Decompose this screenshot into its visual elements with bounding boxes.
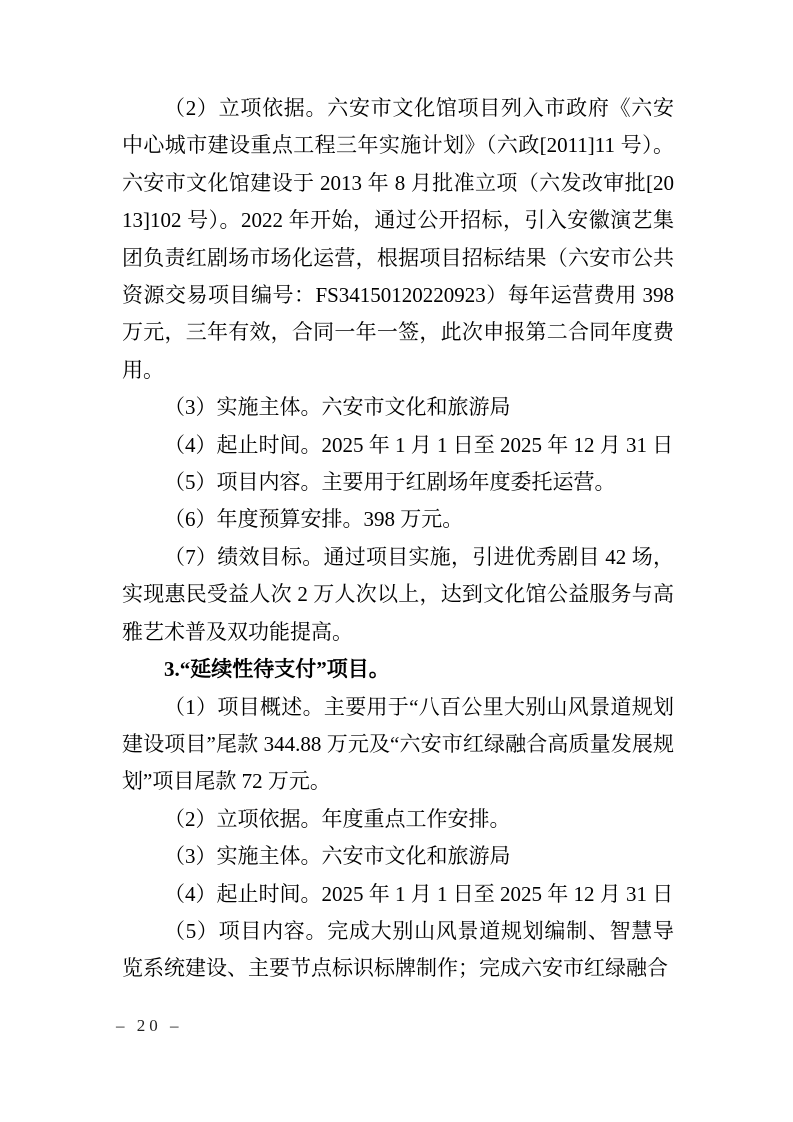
- paragraph-project2-performance-goal: （7）绩效目标。通过项目实施，引进优秀剧目 42 场，实现惠民受益人次 2 万人…: [122, 539, 674, 651]
- document-page: （2）立项依据。六安市文化馆项目列入市政府《六安中心城市建设重点工程三年实施计划…: [0, 0, 793, 1122]
- paragraph-project2-dates: （4）起止时间。2025 年 1 月 1 日至 2025 年 12 月 31 日: [122, 427, 674, 464]
- document-body: （2）立项依据。六安市文化馆项目列入市政府《六安中心城市建设重点工程三年实施计划…: [122, 90, 674, 988]
- paragraph-project2-basis: （2）立项依据。六安市文化馆项目列入市政府《六安中心城市建设重点工程三年实施计划…: [122, 90, 674, 389]
- page-number: – 20 –: [116, 1016, 183, 1036]
- section-heading-deferred-payment-project: 3.“延续性待支付”项目。: [122, 651, 674, 688]
- paragraph-project3-basis: （2）立项依据。年度重点工作安排。: [122, 801, 674, 838]
- paragraph-project3-dates: （4）起止时间。2025 年 1 月 1 日至 2025 年 12 月 31 日: [122, 876, 674, 913]
- paragraph-project3-content: （5）项目内容。完成大别山风景道规划编制、智慧导览系统建设、主要节点标识标牌制作…: [122, 913, 674, 988]
- paragraph-project3-overview: （1）项目概述。主要用于“八百公里大别山风景道规划建设项目”尾款 344.88 …: [122, 689, 674, 801]
- paragraph-project2-implementer: （3）实施主体。六安市文化和旅游局: [122, 389, 674, 426]
- paragraph-project2-content: （5）项目内容。主要用于红剧场年度委托运营。: [122, 464, 674, 501]
- paragraph-project2-budget: （6）年度预算安排。398 万元。: [122, 501, 674, 538]
- paragraph-project3-implementer: （3）实施主体。六安市文化和旅游局: [122, 838, 674, 875]
